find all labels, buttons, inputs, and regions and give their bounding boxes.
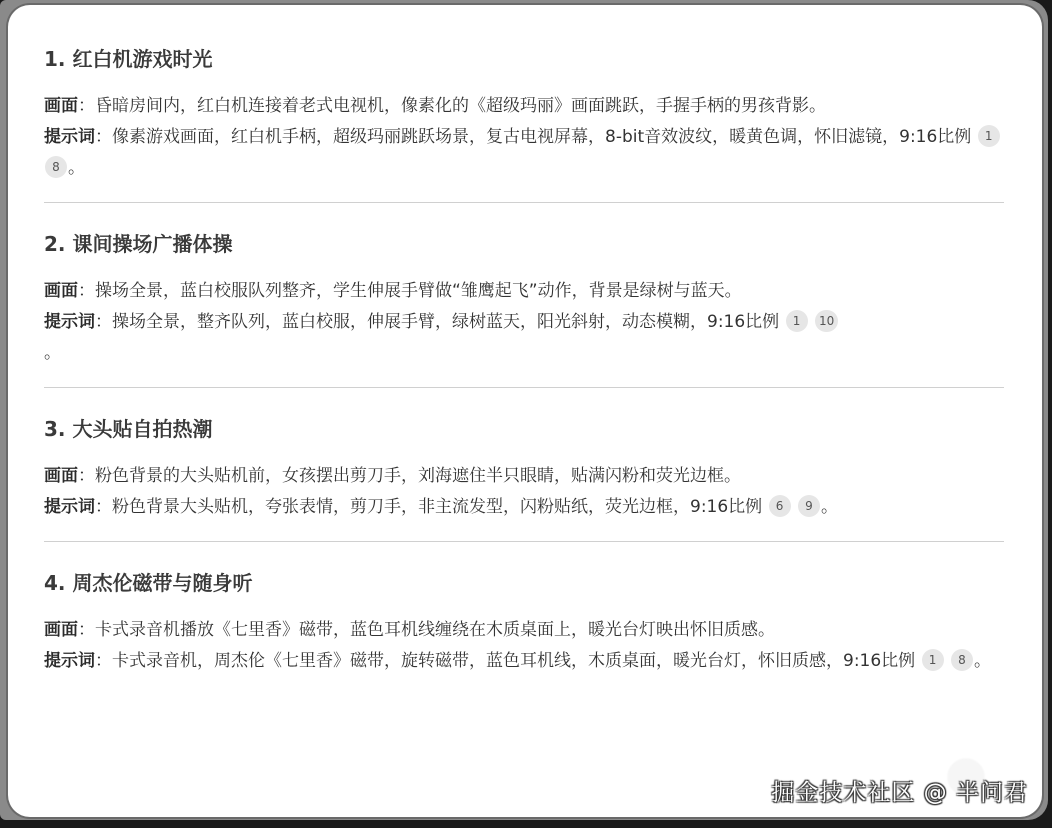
scene-text: ：昏暗房间内，红白机连接着老式电视机，像素化的《超级玛丽》画面跳跃，手握手柄的男…: [78, 96, 826, 116]
prompt-label: 提示词: [44, 127, 95, 147]
scene-paragraph: 画面：操场全景，蓝白校服队列整齐，学生伸展手臂做“雏鹰起飞”动作，背景是绿树与蓝…: [44, 276, 1004, 307]
scene-label: 画面: [44, 281, 78, 301]
prompt-text: ：操场全景，整齐队列，蓝白校服，伸展手臂，绿树蓝天，阳光斜射，动态模糊，9:16…: [95, 312, 779, 332]
citation-badge[interactable]: 1: [922, 649, 944, 671]
section-title: 4. 周杰伦磁带与随身听: [44, 565, 1004, 601]
prompt-label: 提示词: [44, 497, 95, 517]
section-2: 2. 课间操场广播体操 画面：操场全景，蓝白校服队列整齐，学生伸展手臂做“雏鹰起…: [44, 226, 1004, 369]
section-title: 3. 大头贴自拍热潮: [44, 411, 1004, 447]
prompt-label: 提示词: [44, 651, 95, 671]
prompt-text: ：像素游戏画面，红白机手柄，超级玛丽跳跃场景，复古电视屏幕，8-bit音效波纹，…: [95, 127, 971, 147]
watermark: 掘金技术社区 @ 半问君: [771, 774, 1028, 807]
citation-badge[interactable]: 10: [815, 310, 838, 332]
response-card: 1. 红白机游戏时光 画面：昏暗房间内，红白机连接着老式电视机，像素化的《超级玛…: [8, 5, 1042, 817]
section-4: 4. 周杰伦磁带与随身听 画面：卡式录音机播放《七里香》磁带，蓝色耳机线缠绕在木…: [44, 565, 1004, 677]
scene-label: 画面: [44, 96, 78, 116]
period: 。: [68, 158, 85, 178]
prompt-label: 提示词: [44, 312, 95, 332]
prompt-text: ：粉色背景大头贴机，夸张表情，剪刀手，非主流发型，闪粉贴纸，荧光边框，9:16比…: [95, 497, 762, 517]
section-title: 2. 课间操场广播体操: [44, 226, 1004, 262]
citation-badge[interactable]: 1: [978, 125, 1000, 147]
citation-badge[interactable]: 8: [45, 156, 67, 178]
section-1: 1. 红白机游戏时光 画面：昏暗房间内，红白机连接着老式电视机，像素化的《超级玛…: [44, 41, 1004, 184]
citation-badge[interactable]: 6: [769, 495, 791, 517]
section-title: 1. 红白机游戏时光: [44, 41, 1004, 77]
scene-label: 画面: [44, 466, 78, 486]
scene-text: ：粉色背景的大头贴机前，女孩摆出剪刀手，刘海遮住半只眼睛，贴满闪粉和荧光边框。: [78, 466, 741, 486]
period: 。: [44, 343, 61, 363]
prompt-paragraph: 提示词：像素游戏画面，红白机手柄，超级玛丽跳跃场景，复古电视屏幕，8-bit音效…: [44, 122, 1004, 184]
prompt-paragraph: 提示词：粉色背景大头贴机，夸张表情，剪刀手，非主流发型，闪粉贴纸，荧光边框，9:…: [44, 492, 1004, 523]
scene-paragraph: 画面：昏暗房间内，红白机连接着老式电视机，像素化的《超级玛丽》画面跳跃，手握手柄…: [44, 91, 1004, 122]
period: 。: [821, 497, 838, 517]
section-3: 3. 大头贴自拍热潮 画面：粉色背景的大头贴机前，女孩摆出剪刀手，刘海遮住半只眼…: [44, 411, 1004, 523]
prompt-paragraph: 提示词：操场全景，整齐队列，蓝白校服，伸展手臂，绿树蓝天，阳光斜射，动态模糊，9…: [44, 307, 1004, 369]
citation-badge[interactable]: 8: [951, 649, 973, 671]
content-area: 1. 红白机游戏时光 画面：昏暗房间内，红白机连接着老式电视机，像素化的《超级玛…: [44, 41, 1004, 677]
scene-paragraph: 画面：粉色背景的大头贴机前，女孩摆出剪刀手，刘海遮住半只眼睛，贴满闪粉和荧光边框…: [44, 461, 1004, 492]
scene-label: 画面: [44, 620, 78, 640]
scene-text: ：卡式录音机播放《七里香》磁带，蓝色耳机线缠绕在木质桌面上，暖光台灯映出怀旧质感…: [78, 620, 775, 640]
prompt-paragraph: 提示词：卡式录音机，周杰伦《七里香》磁带，旋转磁带，蓝色耳机线，木质桌面，暖光台…: [44, 646, 1004, 677]
period: 。: [974, 651, 991, 671]
prompt-text: ：卡式录音机，周杰伦《七里香》磁带，旋转磁带，蓝色耳机线，木质桌面，暖光台灯，怀…: [95, 651, 915, 671]
scene-paragraph: 画面：卡式录音机播放《七里香》磁带，蓝色耳机线缠绕在木质桌面上，暖光台灯映出怀旧…: [44, 615, 1004, 646]
scene-text: ：操场全景，蓝白校服队列整齐，学生伸展手臂做“雏鹰起飞”动作，背景是绿树与蓝天。: [78, 281, 742, 301]
citation-badge[interactable]: 9: [798, 495, 820, 517]
citation-badge[interactable]: 1: [786, 310, 808, 332]
